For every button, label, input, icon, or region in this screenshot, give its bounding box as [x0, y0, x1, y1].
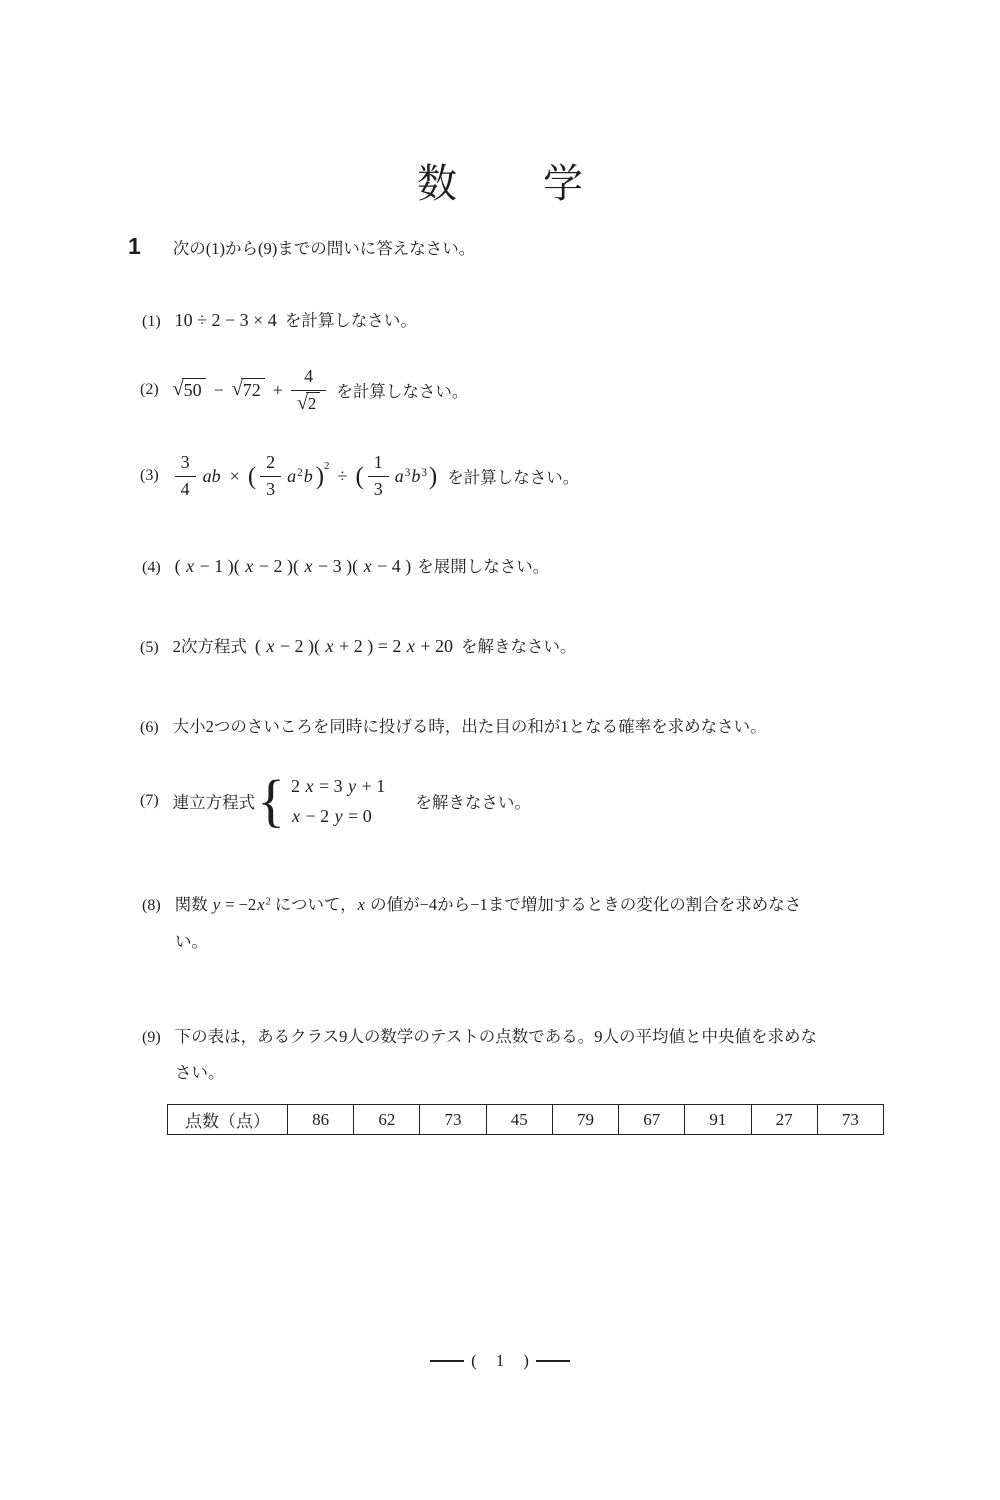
footer-paren-close: ): [523, 1351, 529, 1371]
problem-1-heading: 1 次の(1)から(9)までの問いに答えなさい。: [128, 233, 475, 260]
radicand: 50: [182, 378, 206, 402]
radicand: 2: [306, 392, 321, 415]
fraction-4-over-sqrt2: 4 √ 2: [291, 365, 326, 415]
question-2-label: (2): [140, 381, 159, 399]
question-7-prefix: 連立方程式: [173, 789, 256, 813]
question-7: (7) 連立方程式 { 2 x = 3 y + 1 x − 2 y = 0 を解…: [140, 764, 531, 838]
question-5-expression: ( x − 2 )( x + 2 ) = 2 x + 20: [255, 636, 453, 657]
problem-number: 1: [128, 233, 141, 260]
question-6-text: 大小2つのさいころを同時に投げる時，出た目の和が1となる確率を求めなさい。: [173, 713, 767, 737]
score-cell: 27: [751, 1105, 817, 1134]
close-paren-squared: )2: [316, 464, 330, 489]
score-cell: 86: [287, 1105, 353, 1134]
question-5-tail: を解きなさい。: [461, 633, 577, 657]
term-ab: ab: [202, 466, 222, 487]
question-3-label: (3): [140, 467, 159, 485]
plus-operator: +: [273, 380, 283, 401]
question-2: (2) √ 50 − √ 72 + 4 √ 2 を計算しなさい。: [140, 359, 468, 421]
radical-50: √ 50: [173, 378, 206, 402]
times-operator: ×: [230, 466, 240, 487]
question-1-expression: 10 ÷ 2 − 3 × 4: [175, 310, 277, 331]
fraction-2-3: 2 3: [260, 451, 281, 501]
equation-system: 2 x = 3 y + 1 x − 2 y = 0: [291, 776, 385, 827]
score-cell: 73: [419, 1105, 485, 1134]
system-equation-1: 2 x = 3 y + 1: [291, 776, 385, 797]
score-cell: 91: [684, 1105, 750, 1134]
fraction-numerator: 2: [260, 451, 281, 475]
score-table-header: 点数（点）: [168, 1105, 287, 1134]
radical-2: √ 2: [297, 392, 320, 415]
term-a2b: a2b: [286, 466, 314, 487]
question-9-continued: さい。: [175, 1059, 225, 1083]
radical-72: √ 72: [232, 378, 265, 402]
fraction-denominator: 3: [368, 476, 389, 501]
system-brace: {: [257, 775, 285, 827]
question-9-line2: さい。: [175, 1059, 225, 1083]
question-6-label: (6): [140, 719, 159, 737]
footer-dash-right: [536, 1360, 570, 1362]
page-number: 1: [496, 1351, 505, 1371]
term-a3b3: a3b3: [394, 466, 427, 487]
title-char-1: 数: [417, 164, 457, 204]
fraction-denominator: 3: [260, 476, 281, 501]
divide-operator: ÷: [338, 466, 348, 487]
title-char-2: 学: [543, 164, 583, 204]
question-5-label: (5): [140, 639, 159, 657]
footer-dash-left: [430, 1360, 464, 1362]
question-9: (9) 下の表は，あるクラス9人の数学のテストの点数である。9人の平均値と中央値…: [142, 1023, 817, 1047]
score-cell: 45: [486, 1105, 552, 1134]
question-9-label: (9): [142, 1029, 161, 1047]
question-1: (1) 10 ÷ 2 − 3 × 4 を計算しなさい。: [142, 307, 417, 331]
fraction-numerator: 1: [368, 451, 389, 475]
question-5-prefix: 2次方程式: [173, 633, 247, 657]
question-8: (8) 関数 y = −2x2 について，x の値が−4から−1まで増加するとき…: [142, 891, 801, 915]
question-7-tail: を解きなさい。: [415, 789, 531, 813]
exam-title: 数 学: [0, 164, 1000, 204]
question-2-tail: を計算しなさい。: [336, 378, 468, 402]
minus-operator: −: [214, 380, 224, 401]
question-4-label: (4): [142, 559, 161, 577]
score-cell: 67: [618, 1105, 684, 1134]
scores-table: 点数（点） 86 62 73 45 79 67 91 27 73: [167, 1104, 884, 1135]
radicand: 72: [241, 378, 265, 402]
footer-paren-open: (: [471, 1351, 477, 1371]
score-cell: 62: [353, 1105, 419, 1134]
page-footer: ( 1 ): [0, 1351, 1000, 1371]
close-paren: ): [429, 464, 437, 489]
score-cell: 73: [817, 1105, 883, 1134]
question-6: (6) 大小2つのさいころを同時に投げる時，出た目の和が1となる確率を求めなさい…: [140, 713, 767, 737]
question-8-line1: 関数 y = −2x2 について，x の値が−4から−1まで増加するときの変化の…: [175, 891, 802, 915]
question-4-tail: を展開しなさい。: [417, 553, 549, 577]
page: 数 学 1 次の(1)から(9)までの問いに答えなさい。 (1) 10 ÷ 2 …: [0, 0, 1000, 1500]
system-equation-2: x − 2 y = 0: [291, 806, 385, 827]
fraction-3-4: 3 4: [175, 451, 196, 501]
question-8-continued: い。: [175, 928, 208, 952]
score-cell: 79: [552, 1105, 618, 1134]
question-3: (3) 3 4 ab × ( 2 3 a2b )2 ÷ ( 1 3 a3b3 )…: [140, 445, 579, 507]
question-8-label: (8): [142, 897, 161, 915]
question-4-expression: ( x − 1 )( x − 2 )( x − 3 )( x − 4 ): [175, 556, 412, 577]
question-3-tail: を計算しなさい。: [447, 464, 579, 488]
question-8-line2: い。: [175, 928, 208, 952]
fraction-denominator: 4: [175, 476, 196, 501]
fraction-denominator: √ 2: [291, 390, 326, 415]
question-9-line1: 下の表は，あるクラス9人の数学のテストの点数である。9人の平均値と中央値を求めな: [175, 1023, 817, 1047]
question-1-tail: を計算しなさい。: [285, 307, 417, 331]
question-5: (5) 2次方程式 ( x − 2 )( x + 2 ) = 2 x + 20 …: [140, 633, 577, 657]
open-paren: (: [355, 464, 363, 489]
fraction-numerator: 4: [298, 365, 319, 389]
question-1-label: (1): [142, 313, 161, 331]
problem-instruction: 次の(1)から(9)までの問いに答えなさい。: [173, 235, 475, 259]
fraction-1-3: 1 3: [368, 451, 389, 501]
fraction-numerator: 3: [175, 451, 196, 475]
open-paren: (: [248, 464, 256, 489]
question-4: (4) ( x − 1 )( x − 2 )( x − 3 )( x − 4 )…: [142, 553, 549, 577]
question-7-label: (7): [140, 792, 159, 810]
